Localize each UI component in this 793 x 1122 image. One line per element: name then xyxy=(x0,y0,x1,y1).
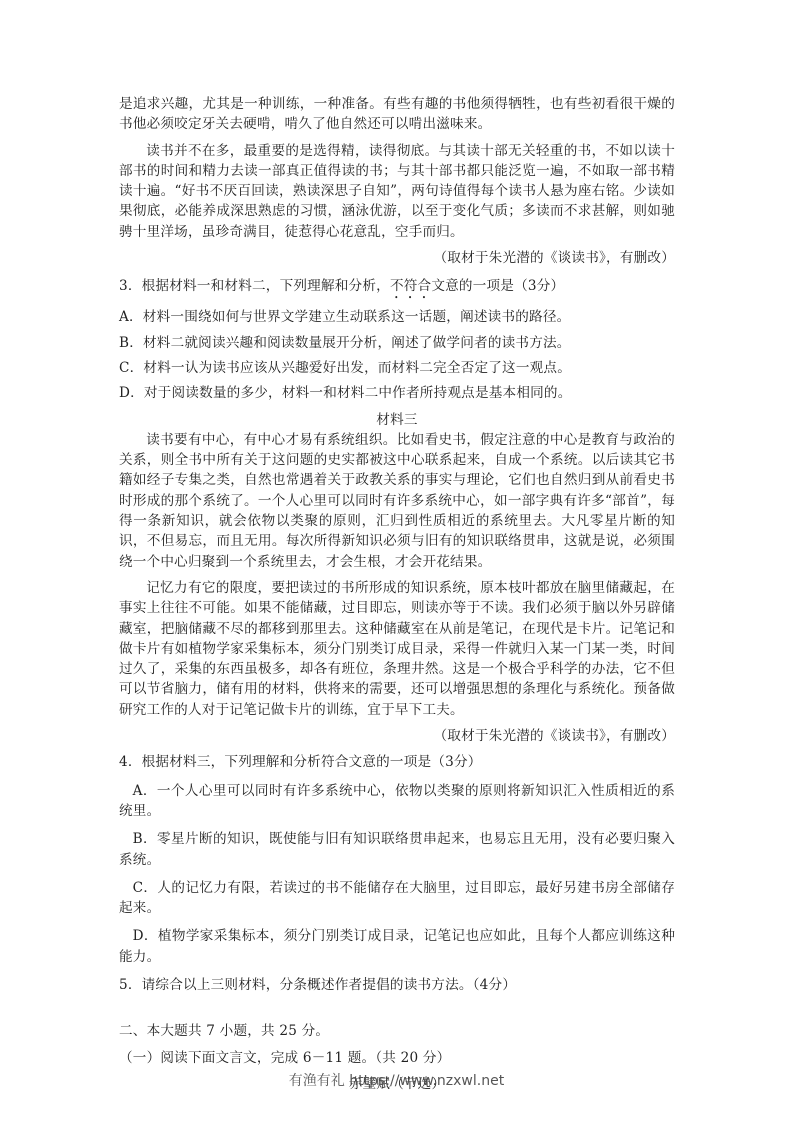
question4-option-a: A．一个人心里可以同时有许多系统中心，依物以类聚的原则将新知识汇入性质相近的系统… xyxy=(119,781,675,822)
question3-option-d: D．对于阅读数量的多少，材料一和材料二中作者所持观点是基本相同的。 xyxy=(119,383,675,403)
question3-option-b: B．材料二就阅读兴趣和阅读数量展开分析，阐述了做学问者的读书方法。 xyxy=(119,333,675,353)
question3-stem-after: 文意的一项是（3分） xyxy=(431,278,564,294)
material3-paragraph-1: 读书要有中心，有中心才易有系统组织。比如看史书，假定注意的中心是教育与政治的关系… xyxy=(119,430,675,572)
material3-paragraph-2: 记忆力有它的限度，要把读过的书所形成的知识系统，原本枝叶都放在脑里储藏起，在事实… xyxy=(119,578,675,720)
question4-options: A．一个人心里可以同时有许多系统中心，依物以类聚的原则将新知识汇入性质相近的系统… xyxy=(119,781,675,967)
passage2-source: （取材于朱光潜的《谈读书》，有删改） xyxy=(119,248,675,268)
exam-page: 是追求兴趣，尤其是一种训练，一种准备。有些有趣的书他须得牺牲，也有些初看很干燥的… xyxy=(119,94,675,1094)
question3-option-a: A．材料一围绕如何与世界文学建立生动联系这一话题，阐述读书的路径。 xyxy=(119,307,675,327)
question3-stem-before: 3．根据材料一和材料二，下列理解和分析， xyxy=(119,278,390,294)
question5-stem: 5．请综合以上三则材料，分条概述作者提倡的读书方法。（4分） xyxy=(119,975,675,995)
material3-title: 材料三 xyxy=(119,410,675,430)
question4-option-d: D．植物学家采集标本，须分门别类订成目录，记笔记也应如此，且每个人都应训练这种能… xyxy=(119,926,675,967)
question3-options: A．材料一围绕如何与世界文学建立生动联系这一话题，阐述读书的路径。 B．材料二就… xyxy=(119,307,675,403)
question3-option-c: C．材料一认为读书应该从兴趣爱好出发，而材料二完全否定了这一观点。 xyxy=(119,358,675,378)
question4-option-c: C．人的记忆力有限，若读过的书不能储存在大脑里，过目即忘，最好另建书房全部储存起… xyxy=(119,878,675,919)
question4-stem: 4．根据材料三，下列理解和分析符合文意的一项是（3分） xyxy=(119,752,675,772)
question3-stem: 3．根据材料一和材料二，下列理解和分析，不符合文意的一项是（3分） xyxy=(119,276,675,302)
question3-stem-emphasis: 不符合 xyxy=(390,278,431,294)
question4-option-b: B．零星片断的知识，既使能与旧有知识联络贯串起来，也易忘且无用，没有必要归聚入系… xyxy=(119,829,675,870)
section2-heading: 二、本大题共 7 小题，共 25 分。 xyxy=(119,1021,675,1041)
watermark-footer: 有渔有礼 https://www.nzxwl.net xyxy=(0,1070,793,1090)
section2-subheading: （一）阅读下面文言文，完成 6－11 题。（共 20 分） xyxy=(119,1048,675,1068)
passage2-continuation: 是追求兴趣，尤其是一种训练，一种准备。有些有趣的书他须得牺牲，也有些初看很干燥的… xyxy=(119,94,675,135)
passage2-paragraph: 读书并不在多，最重要的是选得精，读得彻底。与其读十部无关轻重的书，不如以读十部书… xyxy=(119,141,675,242)
material3-source: （取材于朱光潜的《谈读书》，有删改） xyxy=(119,726,675,746)
